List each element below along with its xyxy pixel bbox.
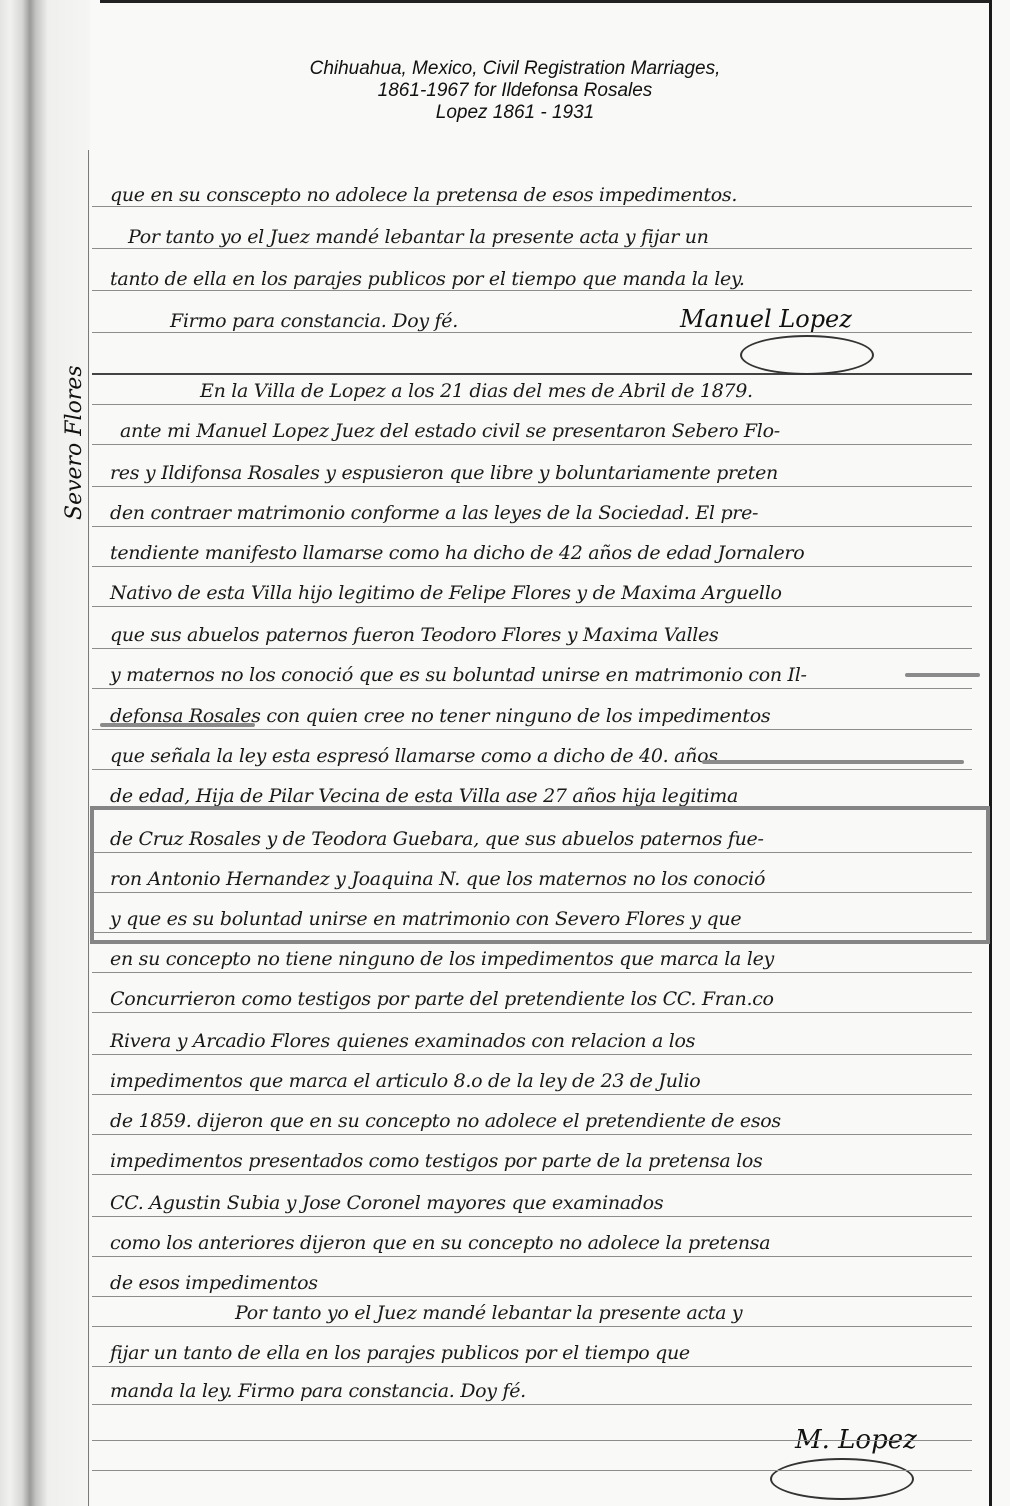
- handwritten-line: Concurrieron como testigos por parte del…: [110, 988, 970, 1010]
- handwritten-line: ante mi Manuel Lopez Juez del estado civ…: [120, 420, 980, 442]
- age-underline-annotation: [702, 760, 964, 764]
- parents-highlight-box: [90, 806, 990, 944]
- ruled-line: [92, 648, 972, 649]
- document-page: Chihuahua, Mexico, Civil Registration Ma…: [0, 0, 1010, 1506]
- ruled-line: [92, 290, 972, 291]
- handwritten-line: res y Ildifonsa Rosales y espusieron que…: [110, 462, 970, 484]
- ruled-line: [92, 1326, 972, 1327]
- ruled-line: [92, 688, 972, 689]
- handwritten-line: den contraer matrimonio conforme a las l…: [110, 502, 970, 524]
- torn-page-edge: [0, 0, 90, 1506]
- ruled-line: [92, 769, 972, 770]
- ruled-line: [92, 972, 972, 973]
- signature: Manuel Lopez: [680, 305, 852, 333]
- handwritten-line: de edad, Hija de Pilar Vecina de esta Vi…: [110, 785, 970, 807]
- handwritten-line: manda la ley. Firmo para constancia. Doy…: [110, 1380, 970, 1402]
- handwritten-line: Nativo de esta Villa hijo legitimo de Fe…: [110, 582, 970, 604]
- margin-rule: [88, 150, 89, 1506]
- caption-line-1: Chihuahua, Mexico, Civil Registration Ma…: [290, 58, 740, 80]
- ruled-line: [92, 1470, 972, 1471]
- handwritten-line: En la Villa de Lopez a los 21 dias del m…: [200, 380, 1010, 402]
- ruled-line: [92, 1296, 972, 1297]
- handwritten-line: Firmo para constancia. Doy fé.: [170, 310, 1010, 332]
- handwritten-line: impedimentos que marca el articulo 8.o d…: [110, 1070, 970, 1092]
- ruled-line: [92, 1440, 972, 1441]
- ruled-line: [92, 404, 972, 405]
- margin-name-note: Severo Flores: [62, 365, 87, 520]
- handwritten-line: y maternos no los conoció que es su bolu…: [110, 664, 970, 686]
- handwritten-line: fijar un tanto de ella en los parajes pu…: [110, 1342, 970, 1364]
- handwritten-line: tendiente manifesto llamarse como ha dic…: [110, 542, 970, 564]
- ruled-line: [92, 1216, 972, 1217]
- ruled-line: [92, 1256, 972, 1257]
- handwritten-line: en su concepto no tiene ninguno de los i…: [110, 948, 970, 970]
- page-border-right: [989, 0, 992, 1506]
- ruled-line: [92, 486, 972, 487]
- ruled-line: [92, 1054, 972, 1055]
- ruled-line: [92, 248, 972, 249]
- handwritten-line: CC. Agustin Subia y Jose Coronel mayores…: [110, 1192, 970, 1214]
- handwritten-line: impedimentos presentados como testigos p…: [110, 1150, 970, 1172]
- handwritten-line: que sus abuelos paternos fueron Teodoro …: [110, 624, 970, 646]
- entry-separator: [92, 373, 972, 375]
- handwritten-line: de esos impedimentos: [110, 1272, 970, 1294]
- ruled-line: [92, 206, 972, 207]
- ruled-line: [92, 444, 972, 445]
- name-underline-annotation: [905, 673, 980, 677]
- record-caption: Chihuahua, Mexico, Civil Registration Ma…: [290, 58, 740, 124]
- signature-rubric: [740, 335, 874, 375]
- ruled-line: [92, 1134, 972, 1135]
- ruled-line: [92, 1366, 972, 1367]
- ruled-line: [92, 1404, 972, 1405]
- ruled-line: [92, 729, 972, 730]
- page-border-top: [100, 0, 990, 3]
- ruled-line: [92, 1174, 972, 1175]
- handwritten-line: de 1859. dijeron que en su concepto no a…: [110, 1110, 970, 1132]
- signature-rubric: [770, 1458, 914, 1500]
- handwritten-line: que en su conscepto no adolece la preten…: [110, 184, 970, 206]
- handwritten-line: como los anteriores dijeron que en su co…: [110, 1232, 970, 1254]
- handwritten-line: Rivera y Arcadio Flores quienes examinad…: [110, 1030, 970, 1052]
- caption-line-2: 1861-1967 for Ildefonsa Rosales: [290, 80, 740, 102]
- ruled-line: [92, 566, 972, 567]
- handwritten-line: Por tanto yo el Juez mandé lebantar la p…: [235, 1302, 1010, 1324]
- handwritten-line: tanto de ella en los parajes publicos po…: [110, 268, 970, 290]
- ruled-line: [92, 526, 972, 527]
- ruled-line: [92, 606, 972, 607]
- ruled-line: [92, 1012, 972, 1013]
- ruled-line: [92, 1094, 972, 1095]
- caption-line-3: Lopez 1861 - 1931: [290, 102, 740, 124]
- name-underline-annotation: [100, 723, 255, 727]
- handwritten-line: Por tanto yo el Juez mandé lebantar la p…: [128, 226, 988, 248]
